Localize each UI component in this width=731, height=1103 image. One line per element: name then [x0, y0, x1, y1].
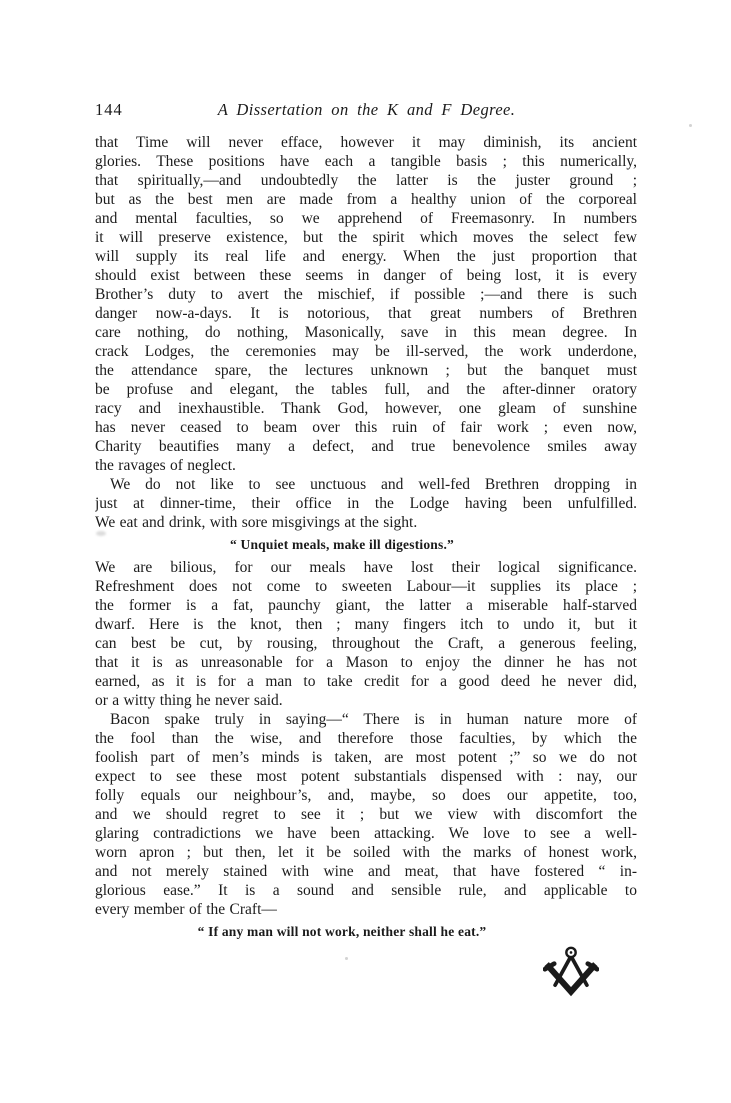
- text-line: that spiritually,—and undoubtedly the la…: [95, 171, 637, 190]
- text-line: glories. These positions have each a tan…: [95, 152, 637, 171]
- text-line: crack Lodges, the ceremonies may be ill-…: [95, 342, 637, 361]
- text-line: glaring contradictions we have been atta…: [95, 824, 637, 843]
- text-line: should exist between these seems in dang…: [95, 266, 637, 285]
- text-line: folly equals our neighbour’s, and, maybe…: [95, 786, 637, 805]
- text-line: and not merely stained with wine and mea…: [95, 862, 637, 881]
- text-line: Brother’s duty to avert the mischief, if…: [95, 285, 637, 304]
- text-line: We do not like to see unctuous and well-…: [95, 475, 637, 494]
- text-line: dwarf. Here is the knot, then ; many fin…: [95, 615, 637, 634]
- text-line: We eat and drink, with sore misgivings a…: [95, 513, 637, 532]
- paragraph: Bacon spake truly in saying—“ There is i…: [95, 710, 637, 919]
- text-line: has never ceased to beam over this ruin …: [95, 418, 637, 437]
- running-title: A Dissertation on the K and F Degree.: [95, 100, 638, 120]
- text-line: “ Unquiet meals, make ill digestions.”: [95, 535, 589, 554]
- text-line: every member of the Craft—: [95, 900, 637, 919]
- text-line: worn apron ; but then, let it be soiled …: [95, 843, 637, 862]
- text-line: expect to see these most potent substant…: [95, 767, 637, 786]
- text-line: Refreshment does not come to sweeten Lab…: [95, 577, 637, 596]
- text-line: care nothing, do nothing, Masonically, s…: [95, 323, 637, 342]
- paragraph: We are bilious, for our meals have lost …: [95, 558, 637, 710]
- text-line: foolish part of men’s minds is taken, ar…: [95, 748, 637, 767]
- paragraph: that Time will never efface, however it …: [95, 133, 637, 475]
- text-line: that Time will never efface, however it …: [95, 133, 637, 152]
- text-line: that it is as unreasonable for a Mason t…: [95, 653, 637, 672]
- text-line: and we should regret to see it ; but we …: [95, 805, 637, 824]
- text-line: Bacon spake truly in saying—“ There is i…: [95, 710, 637, 729]
- quote-block: “ Unquiet meals, make ill digestions.”: [95, 535, 637, 554]
- text-line: just at dinner-time, their office in the…: [95, 494, 637, 513]
- text-line: or a witty thing he never said.: [95, 691, 637, 710]
- text-column: that Time will never efface, however it …: [95, 133, 637, 945]
- text-line: danger now-a-days. It is notorious, that…: [95, 304, 637, 323]
- square-and-compasses-icon: [543, 944, 599, 1002]
- text-line: and mental faculties, so we apprehend of…: [95, 209, 637, 228]
- scan-speck: [345, 957, 348, 960]
- text-line: racy and inexhaustible. Thank God, howev…: [95, 399, 637, 418]
- scan-speck: [689, 124, 692, 127]
- text-line: the attendance spare, the lectures unkno…: [95, 361, 637, 380]
- paragraph: We do not like to see unctuous and well-…: [95, 475, 637, 532]
- text-line: but as the best men are made from a heal…: [95, 190, 637, 209]
- running-head: 144 A Dissertation on the K and F Degree…: [95, 100, 638, 120]
- text-line: “ If any man will not work, neither shal…: [95, 922, 589, 941]
- text-line: the former is a fat, paunchy giant, the …: [95, 596, 637, 615]
- text-line: it will preserve existence, but the spir…: [95, 228, 637, 247]
- quote-block: “ If any man will not work, neither shal…: [95, 922, 637, 941]
- book-page: 144 A Dissertation on the K and F Degree…: [0, 0, 731, 1103]
- text-line: glorious ease.” It is a sound and sensib…: [95, 881, 637, 900]
- text-line: the fool than the wise, and therefore th…: [95, 729, 637, 748]
- text-line: can best be cut, by rousing, throughout …: [95, 634, 637, 653]
- text-line: be profuse and elegant, the tables full,…: [95, 380, 637, 399]
- text-line: the ravages of neglect.: [95, 456, 637, 475]
- text-line: Charity beautifies many a defect, and tr…: [95, 437, 637, 456]
- text-line: will supply its real life and energy. Wh…: [95, 247, 637, 266]
- scan-smudge: [96, 531, 106, 536]
- text-line: We are bilious, for our meals have lost …: [95, 558, 637, 577]
- text-line: earned, as it is for a man to take credi…: [95, 672, 637, 691]
